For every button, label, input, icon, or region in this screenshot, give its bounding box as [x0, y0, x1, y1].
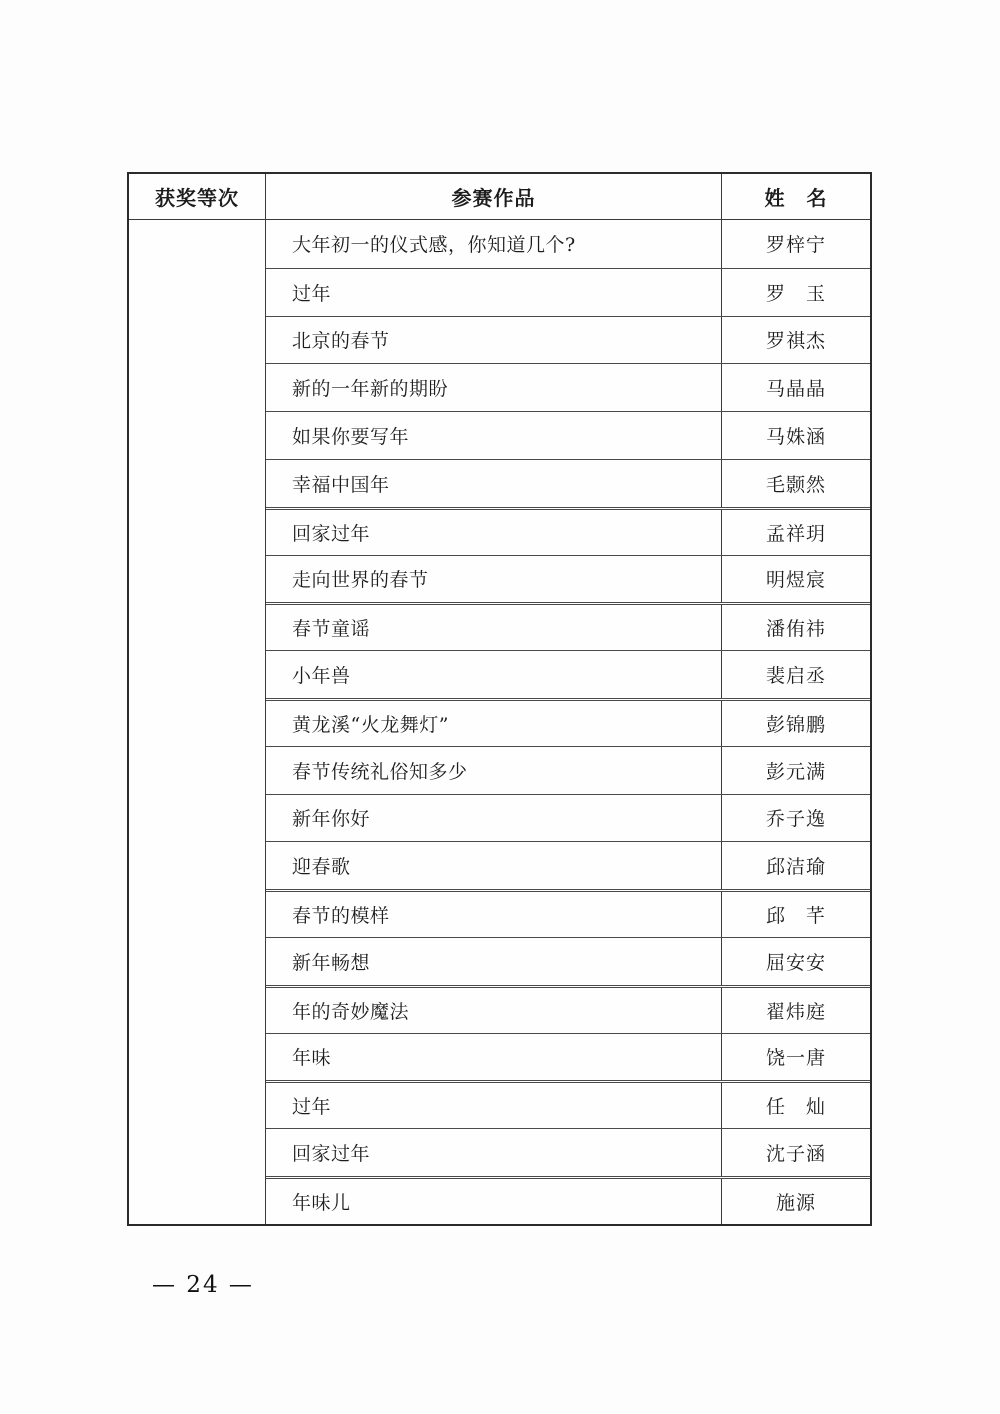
entry-title-cell: 走向世界的春节	[266, 556, 722, 603]
name-cell: 邱 芊	[722, 892, 870, 937]
table-row: 黄龙溪“火龙舞灯”彭锦鹏	[266, 698, 870, 746]
page-number: — 24 —	[152, 1272, 254, 1298]
entry-title-cell: 年的奇妙魔法	[266, 988, 722, 1033]
entry-title-cell: 春节童谣	[266, 605, 722, 650]
header-cell-name: 姓 名	[722, 174, 870, 219]
name-cell: 邱洁瑜	[722, 842, 870, 889]
name-cell: 任 灿	[722, 1083, 870, 1128]
name-cell: 饶一唐	[722, 1034, 870, 1081]
name-cell: 彭锦鹏	[722, 701, 870, 746]
table-body: 大年初一的仪式感，你知道几个?罗梓宁过年罗 玉北京的春节罗祺杰新的一年新的期盼马…	[129, 220, 870, 1224]
entry-title-cell: 年味儿	[266, 1179, 722, 1224]
name-cell: 施源	[722, 1179, 870, 1224]
name-cell: 马晶晶	[722, 364, 870, 411]
name-cell: 马姝涵	[722, 412, 870, 459]
name-cell: 明煜宸	[722, 556, 870, 603]
entry-title-cell: 如果你要写年	[266, 412, 722, 459]
entry-title-cell: 幸福中国年	[266, 460, 722, 507]
name-cell: 罗 玉	[722, 269, 870, 316]
table-row: 幸福中国年毛颢然	[266, 459, 870, 507]
entry-title-cell: 年味	[266, 1034, 722, 1081]
entry-title-cell: 黄龙溪“火龙舞灯”	[266, 701, 722, 746]
name-cell: 彭元满	[722, 747, 870, 794]
table-row: 新的一年新的期盼马晶晶	[266, 363, 870, 411]
table-row: 春节传统礼俗知多少彭元满	[266, 746, 870, 794]
entry-title-cell: 北京的春节	[266, 317, 722, 364]
name-cell: 潘侑祎	[722, 605, 870, 650]
name-cell: 屈安安	[722, 938, 870, 985]
entry-title-cell: 迎春歌	[266, 842, 722, 889]
table-row: 回家过年孟祥玥	[266, 507, 870, 555]
awards-table: 获奖等次 参赛作品 姓 名 大年初一的仪式感，你知道几个?罗梓宁过年罗 玉北京的…	[127, 172, 872, 1226]
table-row: 如果你要写年马姝涵	[266, 411, 870, 459]
table-row: 年味饶一唐	[266, 1033, 870, 1081]
table-row: 回家过年沈子涵	[266, 1128, 870, 1176]
name-cell: 罗梓宁	[722, 220, 870, 268]
name-cell: 沈子涵	[722, 1129, 870, 1176]
name-cell: 孟祥玥	[722, 510, 870, 555]
table-row: 新年你好乔子逸	[266, 794, 870, 842]
table-header-row: 获奖等次 参赛作品 姓 名	[129, 174, 870, 220]
award-level-cell	[129, 220, 266, 1224]
table-row: 小年兽裴启丞	[266, 650, 870, 698]
document-page: 获奖等次 参赛作品 姓 名 大年初一的仪式感，你知道几个?罗梓宁过年罗 玉北京的…	[0, 0, 1000, 1414]
name-cell: 裴启丞	[722, 651, 870, 698]
table-row: 北京的春节罗祺杰	[266, 316, 870, 364]
entry-title-cell: 春节的模样	[266, 892, 722, 937]
name-cell: 翟炜庭	[722, 988, 870, 1033]
table-row: 过年任 灿	[266, 1080, 870, 1128]
name-cell: 乔子逸	[722, 795, 870, 842]
entry-title-cell: 新的一年新的期盼	[266, 364, 722, 411]
entry-title-cell: 大年初一的仪式感，你知道几个?	[266, 220, 722, 268]
entry-title-cell: 新年畅想	[266, 938, 722, 985]
table-row: 春节的模样邱 芊	[266, 889, 870, 937]
entry-title-cell: 回家过年	[266, 1129, 722, 1176]
table-row: 迎春歌邱洁瑜	[266, 841, 870, 889]
entry-title-cell: 过年	[266, 1083, 722, 1128]
table-rows: 大年初一的仪式感，你知道几个?罗梓宁过年罗 玉北京的春节罗祺杰新的一年新的期盼马…	[266, 220, 870, 1224]
entry-title-cell: 过年	[266, 269, 722, 316]
table-row: 过年罗 玉	[266, 268, 870, 316]
table-row: 年味儿施源	[266, 1176, 870, 1224]
entry-title-cell: 新年你好	[266, 795, 722, 842]
table-row: 走向世界的春节明煜宸	[266, 555, 870, 603]
name-cell: 罗祺杰	[722, 317, 870, 364]
table-row: 新年畅想屈安安	[266, 937, 870, 985]
table-row: 春节童谣潘侑祎	[266, 602, 870, 650]
entry-title-cell: 回家过年	[266, 510, 722, 555]
table-row: 大年初一的仪式感，你知道几个?罗梓宁	[266, 220, 870, 268]
header-cell-award-level: 获奖等次	[129, 174, 266, 219]
entry-title-cell: 小年兽	[266, 651, 722, 698]
table-row: 年的奇妙魔法翟炜庭	[266, 985, 870, 1033]
header-cell-entry-title: 参赛作品	[266, 174, 722, 219]
name-cell: 毛颢然	[722, 460, 870, 507]
entry-title-cell: 春节传统礼俗知多少	[266, 747, 722, 794]
